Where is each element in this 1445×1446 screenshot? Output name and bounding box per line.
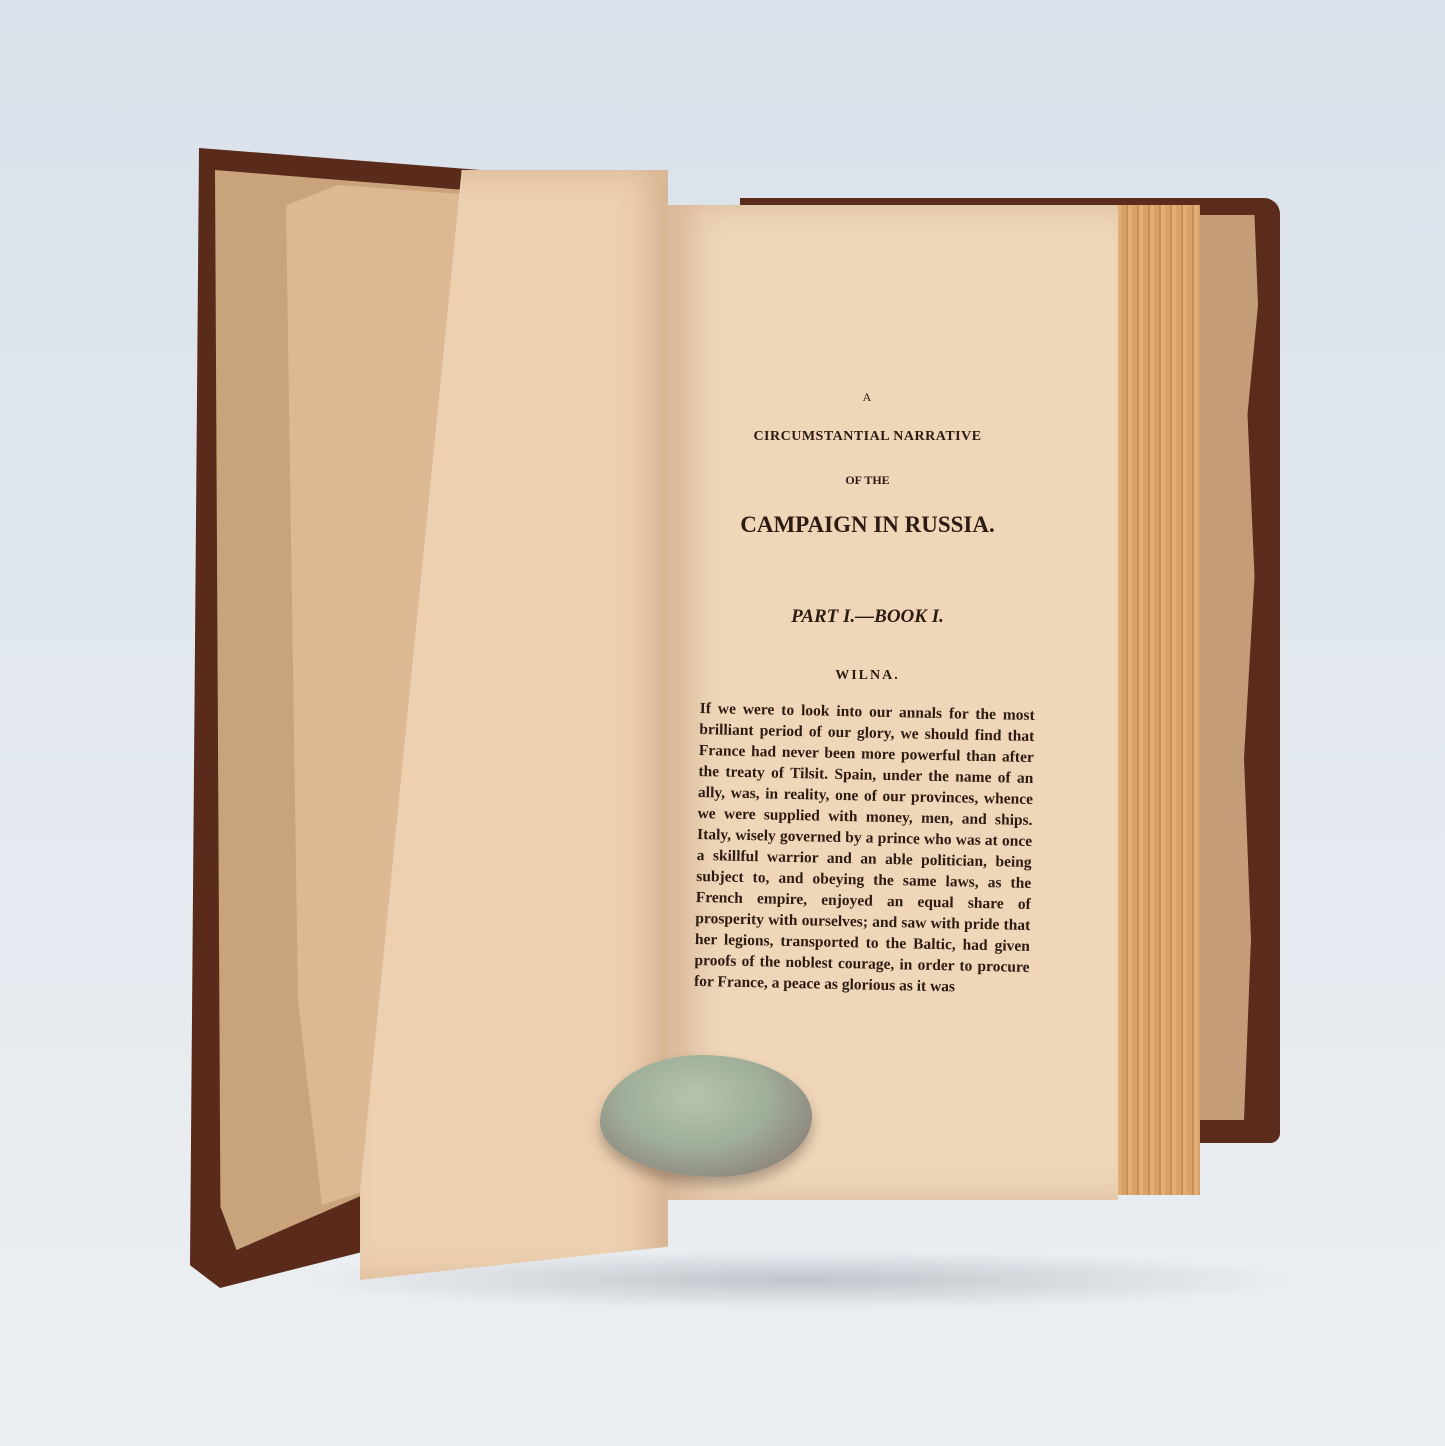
body-paragraph: If we were to look into our annals for t… — [694, 698, 1035, 999]
stone-bookstop — [600, 1055, 812, 1177]
part-heading: PART I.—BOOK I. — [700, 606, 1035, 628]
right-page-text: A CIRCUMSTANTIAL NARRATIVE OF THE CAMPAI… — [700, 390, 1035, 992]
page-block-fore-edge — [1110, 205, 1200, 1195]
chapter-heading: WILNA. — [700, 668, 1035, 684]
title-connector: OF THE — [700, 473, 1035, 488]
title-subtitle: CIRCUMSTANTIAL NARRATIVE — [700, 429, 1035, 445]
book-title: CAMPAIGN IN RUSSIA. — [700, 512, 1035, 538]
title-article: A — [700, 390, 1035, 405]
